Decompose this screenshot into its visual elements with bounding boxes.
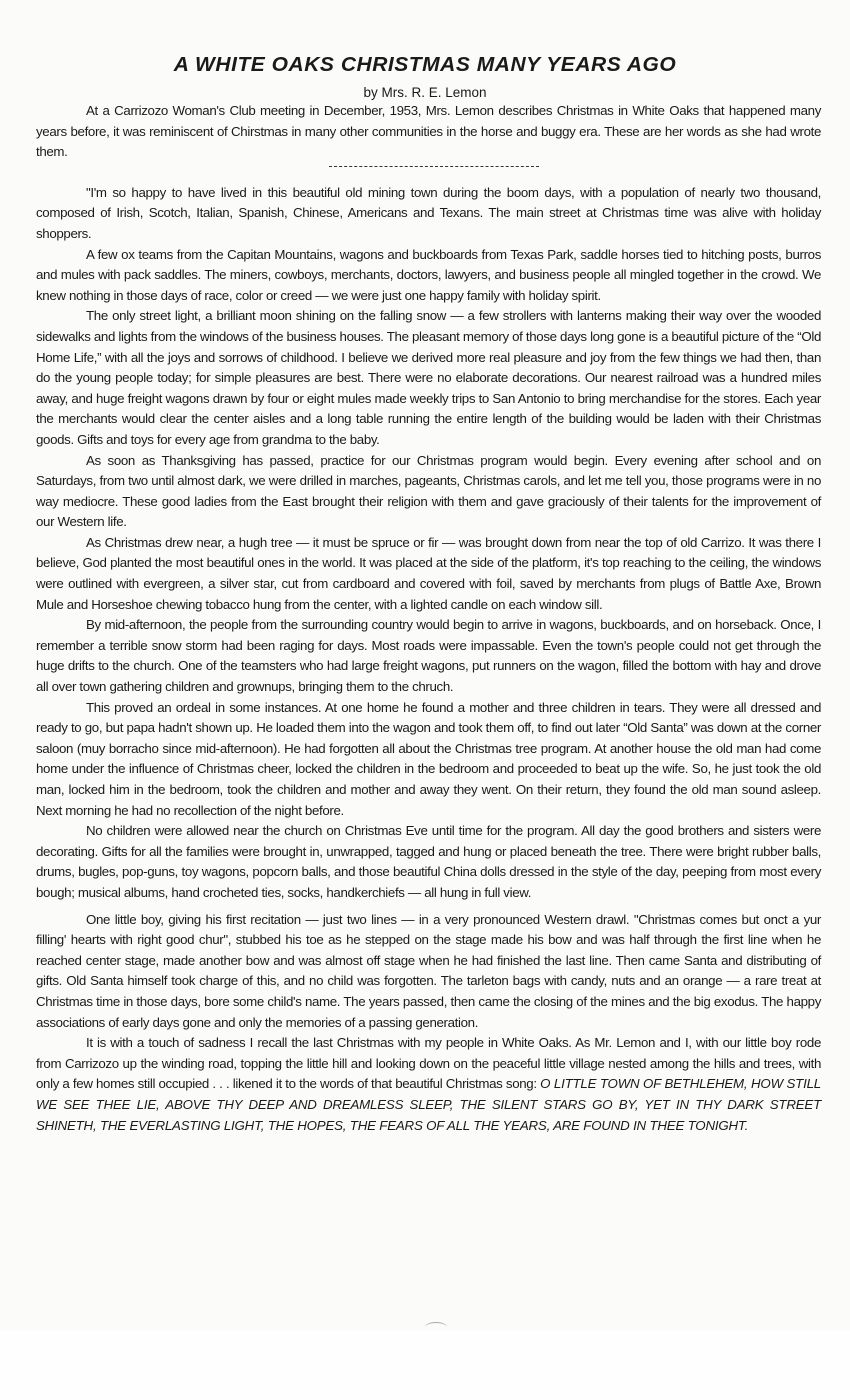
paragraph: As soon as Thanksgiving has passed, prac…	[36, 451, 821, 533]
scanned-page: A WHITE OAKS CHRISTMAS MANY YEARS AGO by…	[0, 0, 850, 1330]
paragraph: This proved an ordeal in some instances.…	[36, 698, 821, 822]
paragraph: By mid-afternoon, the people from the su…	[36, 615, 821, 697]
intro-paragraph: At a Carrizozo Woman's Club meeting in D…	[36, 101, 821, 163]
article-title: A WHITE OAKS CHRISTMAS MANY YEARS AGO	[0, 54, 850, 77]
paragraph: One little boy, giving his first recitat…	[36, 910, 821, 1034]
dashed-divider	[329, 166, 539, 167]
paragraph: A few ox teams from the Capitan Mountain…	[36, 245, 821, 307]
paragraph: As Christmas drew near, a hugh tree — it…	[36, 533, 821, 615]
paragraph: "I'm so happy to have lived in this beau…	[36, 183, 821, 245]
page-mark	[425, 1322, 447, 1333]
paragraph: The only street light, a brilliant moon …	[36, 306, 821, 450]
paragraph: No children were allowed near the church…	[36, 821, 821, 903]
article-body: At a Carrizozo Woman's Club meeting in D…	[36, 101, 821, 1136]
article-byline: by Mrs. R. E. Lemon	[0, 85, 850, 100]
closing-paragraph: It is with a touch of sadness I recall t…	[36, 1033, 821, 1136]
